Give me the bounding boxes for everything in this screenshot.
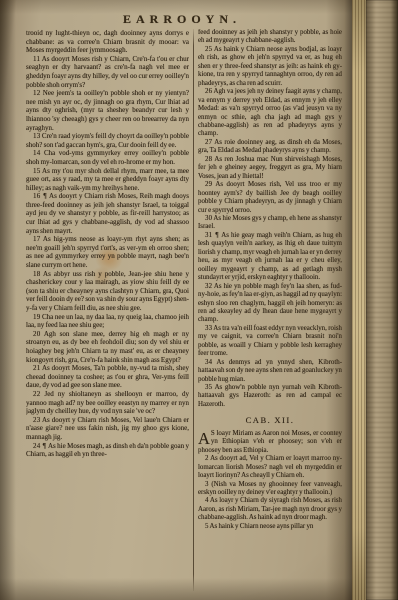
verse-paragraph: 15 As my t'ou myr shoh dellal rhym, marr… [26, 167, 189, 193]
verse-number: 17 [33, 235, 40, 243]
verse-number: 33 [205, 325, 212, 332]
verse-paragraph: feed dooinney as jeih jeh shanstyr y pob… [198, 29, 342, 46]
verse-paragraph: 20 Agh son slane mee, derrey hig eh magh… [26, 330, 189, 364]
verse-number: 20 [33, 330, 40, 338]
verse-paragraph: 3 (Nish va Moses ny ghooinney feer vanve… [198, 481, 342, 498]
verse-number: 34 [205, 359, 212, 366]
pilcrow-mark: ¶ [40, 442, 47, 450]
verse-number: 21 [33, 364, 40, 372]
verse-paragraph: 23 As dooyrt y Chiarn rish Moses, Vel la… [26, 416, 189, 442]
verse-paragraph: 14 Cha vod-yms gymmyrkey errey ooilley'n… [26, 149, 189, 166]
book-fore-edge [352, 0, 366, 600]
verse-number: 13 [33, 132, 40, 140]
verse-number: 5 [205, 523, 209, 530]
verse-paragraph: 30 As hie Moses gys y champ, eh hene as … [198, 215, 342, 232]
verse-paragraph: 22 Jed ny shioltaneyn as shellooyn er ma… [26, 390, 189, 416]
verse-paragraph: 33 As tra va'n eill foast eddyr nyn veea… [198, 325, 342, 359]
verse-number: 25 [205, 46, 212, 53]
page-paper: EARROOYN. trooid ny lught-thieyn oc, dag… [0, 0, 352, 600]
verse-paragraph: 21 As dooyrt Moses, Ta'n pobble, ny-vud … [26, 364, 189, 390]
book-page-scan: EARROOYN. trooid ny lught-thieyn oc, dag… [0, 0, 398, 600]
verse-paragraph: trooid ny lught-thieyn oc, dagh dooinney… [26, 29, 189, 55]
verse-number: 3 [205, 481, 209, 488]
verse-number: 18 [33, 270, 40, 278]
verse-number: 28 [205, 156, 212, 163]
verse-paragraph: 25 As haink y Chiarn neose ayns bodjal, … [198, 46, 342, 88]
chapter-heading: CAB. XII. [198, 416, 342, 424]
verse-paragraph: 2 As dooyrt ad, Vel y Chiarn er loayrt m… [198, 455, 342, 480]
right-text-column: feed dooinney as jeih jeh shanstyr y pob… [198, 29, 342, 597]
left-text-column: trooid ny lught-thieyn oc, dagh dooinney… [26, 29, 189, 597]
running-head-title: EARROOYN. [26, 12, 338, 27]
adjacent-page-edge [366, 0, 398, 600]
verse-paragraph: 5 As haink y Chiarn neose ayns pillar yn [198, 523, 342, 531]
verse-paragraph: 31 ¶ As hie geay magh veih'n Chiarn, as … [198, 232, 342, 283]
verse-paragraph: 19 Cha nee un laa, ny daa laa, ny queig … [26, 313, 189, 330]
verse-paragraph: 13 Cre'n raad yioym's feill dy choyrt da… [26, 132, 189, 149]
verse-paragraph: 35 As ghow'n pobble nyn yurnah veih Kibr… [198, 384, 342, 409]
column-divider-rule [193, 29, 194, 591]
pilcrow-mark: ¶ [212, 232, 219, 239]
verse-number: 19 [33, 313, 40, 321]
verse-number: 12 [33, 89, 40, 97]
verse-number: 4 [205, 497, 209, 504]
verse-number: 23 [33, 416, 40, 424]
verse-number: 27 [205, 139, 212, 146]
verse-number: 32 [205, 283, 212, 290]
verse-number: 2 [205, 455, 209, 462]
verse-paragraph: 28 As ren Joshua mac Nun shirveishagh Mo… [198, 156, 342, 181]
verse-paragraph: 27 As roie dooinney aeg, as dinsh eh da … [198, 139, 342, 156]
verse-paragraph: 12 Nee jeem's ta ooilley'n pobble shoh e… [26, 89, 189, 132]
verse-paragraph: 32 As hie yn pobble magh fey'n laa shen,… [198, 283, 342, 325]
verse-paragraph: 4 As loayr y Chiarn dy siyragh rish Mose… [198, 497, 342, 522]
verse-paragraph: 34 As denmys ad yn ynnyd shen, Kibroth-h… [198, 359, 342, 384]
verse-paragraph: 18 As abbyr uss rish y pobble, Jean-jee … [26, 270, 189, 313]
verse-paragraph: 17 As hig-yms neose as loayr-ym rhyt ayn… [26, 235, 189, 269]
text-columns: trooid ny lught-thieyn oc, dagh dooinney… [26, 29, 342, 597]
verse-paragraph: 26 Agh va jees jeh ny deiney faagit ayns… [198, 88, 342, 139]
verse-number: 22 [33, 390, 40, 398]
verse-number: 35 [205, 384, 212, 391]
drop-cap: A [198, 431, 211, 446]
verse-paragraph: 24 ¶ As hie Moses magh, as dinsh eh da'n… [26, 442, 189, 459]
verse-number: 26 [205, 88, 212, 95]
verse-number: 29 [205, 181, 212, 188]
verse-number: 30 [205, 215, 212, 222]
verse-number: 11 [33, 55, 40, 63]
pilcrow-mark: ¶ [40, 192, 47, 200]
verse-paragraph: 29 As dooyrt Moses rish, Vel uss troo er… [198, 181, 342, 215]
verse-number: 15 [33, 167, 40, 175]
verse-paragraph: AS loayr Miriam as Aaron noi Moses, er c… [198, 430, 342, 455]
verse-number: 14 [33, 149, 40, 157]
verse-paragraph: 11 As dooyrt Moses rish y Chiarn, Cre'n-… [26, 55, 189, 89]
verse-paragraph: 16 ¶ As dooyrt y Chiarn rish Moses, Reih… [26, 192, 189, 235]
